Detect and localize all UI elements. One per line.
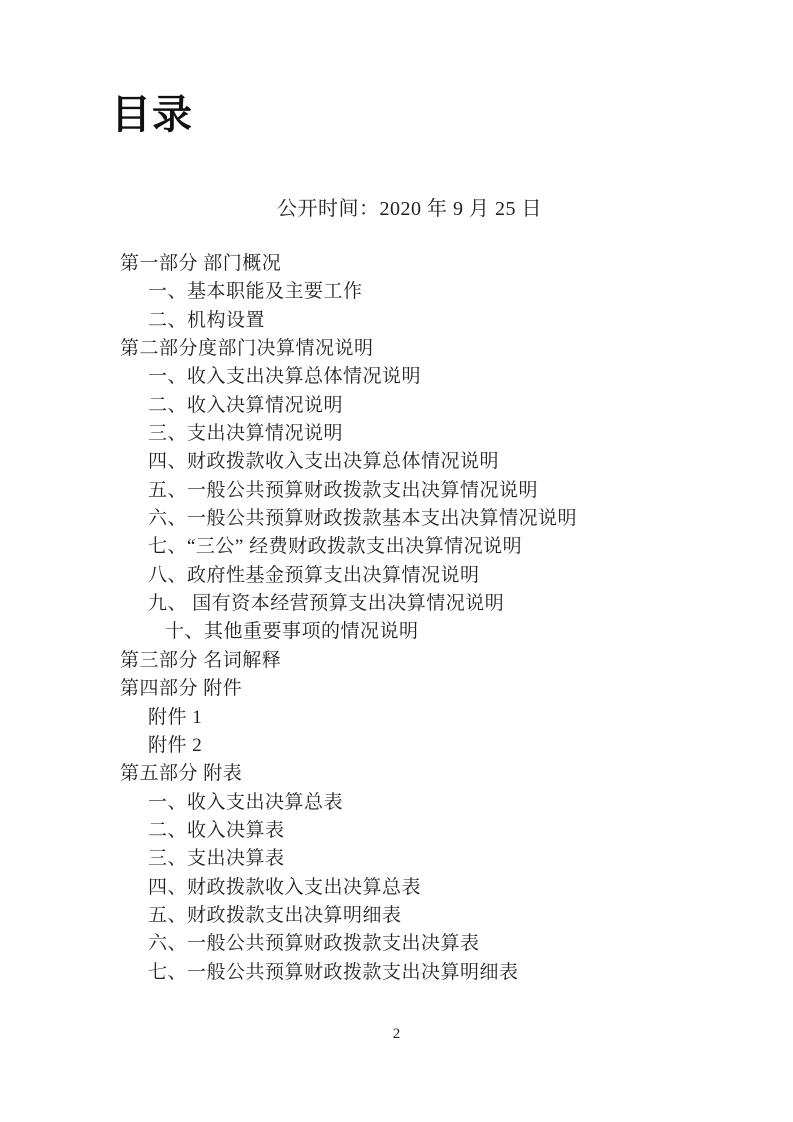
document-page: 目录 公开时间：2020 年 9 月 25 日 第一部分 部门概况 一、基本职能…	[0, 0, 793, 1122]
toc-entry: 一、收入支出决算总表	[120, 789, 720, 817]
toc-entry: 九、 国有资本经营预算支出决算情况说明	[120, 590, 720, 618]
toc-entry: 八、政府性基金预算支出决算情况说明	[120, 562, 720, 590]
toc-entry-part1: 第一部分 部门概况	[120, 250, 720, 278]
toc-entry: 二、收入决算表	[120, 817, 720, 845]
toc-entry: 四、财政拨款收入支出决算总体情况说明	[120, 448, 720, 476]
toc-list: 第一部分 部门概况 一、基本职能及主要工作 二、机构设置 第二部分度部门决算情况…	[120, 250, 720, 987]
toc-entry: 五、一般公共预算财政拨款支出决算情况说明	[120, 477, 720, 505]
toc-entry: 一、收入支出决算总体情况说明	[120, 363, 720, 391]
toc-entry: 二、收入决算情况说明	[120, 392, 720, 420]
toc-entry: 十、其他重要事项的情况说明	[120, 618, 720, 646]
toc-entry: 四、财政拨款收入支出决算总表	[120, 874, 720, 902]
page-title: 目录	[111, 93, 193, 137]
toc-entry: 三、支出决算表	[120, 845, 720, 873]
toc-entry: 七、“三公” 经费财政拨款支出决算情况说明	[120, 533, 720, 561]
page-number: 2	[0, 1025, 793, 1043]
toc-entry: 一、基本职能及主要工作	[120, 278, 720, 306]
toc-entry-attachment-2: 附件 2	[120, 732, 720, 760]
toc-entry: 六、一般公共预算财政拨款基本支出决算情况说明	[120, 505, 720, 533]
toc-entry: 三、支出决算情况说明	[120, 420, 720, 448]
toc-entry-attachment-1: 附件 1	[120, 704, 720, 732]
toc-entry: 七、一般公共预算财政拨款支出决算明细表	[120, 959, 720, 987]
toc-entry-part4: 第四部分 附件	[120, 675, 720, 703]
toc-entry-part3: 第三部分 名词解释	[120, 647, 720, 675]
toc-entry: 六、一般公共预算财政拨款支出决算表	[120, 930, 720, 958]
toc-entry-part5: 第五部分 附表	[120, 760, 720, 788]
toc-entry: 五、财政拨款支出决算明细表	[120, 902, 720, 930]
publish-time-line: 公开时间：2020 年 9 月 25 日	[277, 196, 542, 222]
toc-entry: 二、机构设置	[120, 307, 720, 335]
toc-entry-part2: 第二部分度部门决算情况说明	[120, 335, 720, 363]
